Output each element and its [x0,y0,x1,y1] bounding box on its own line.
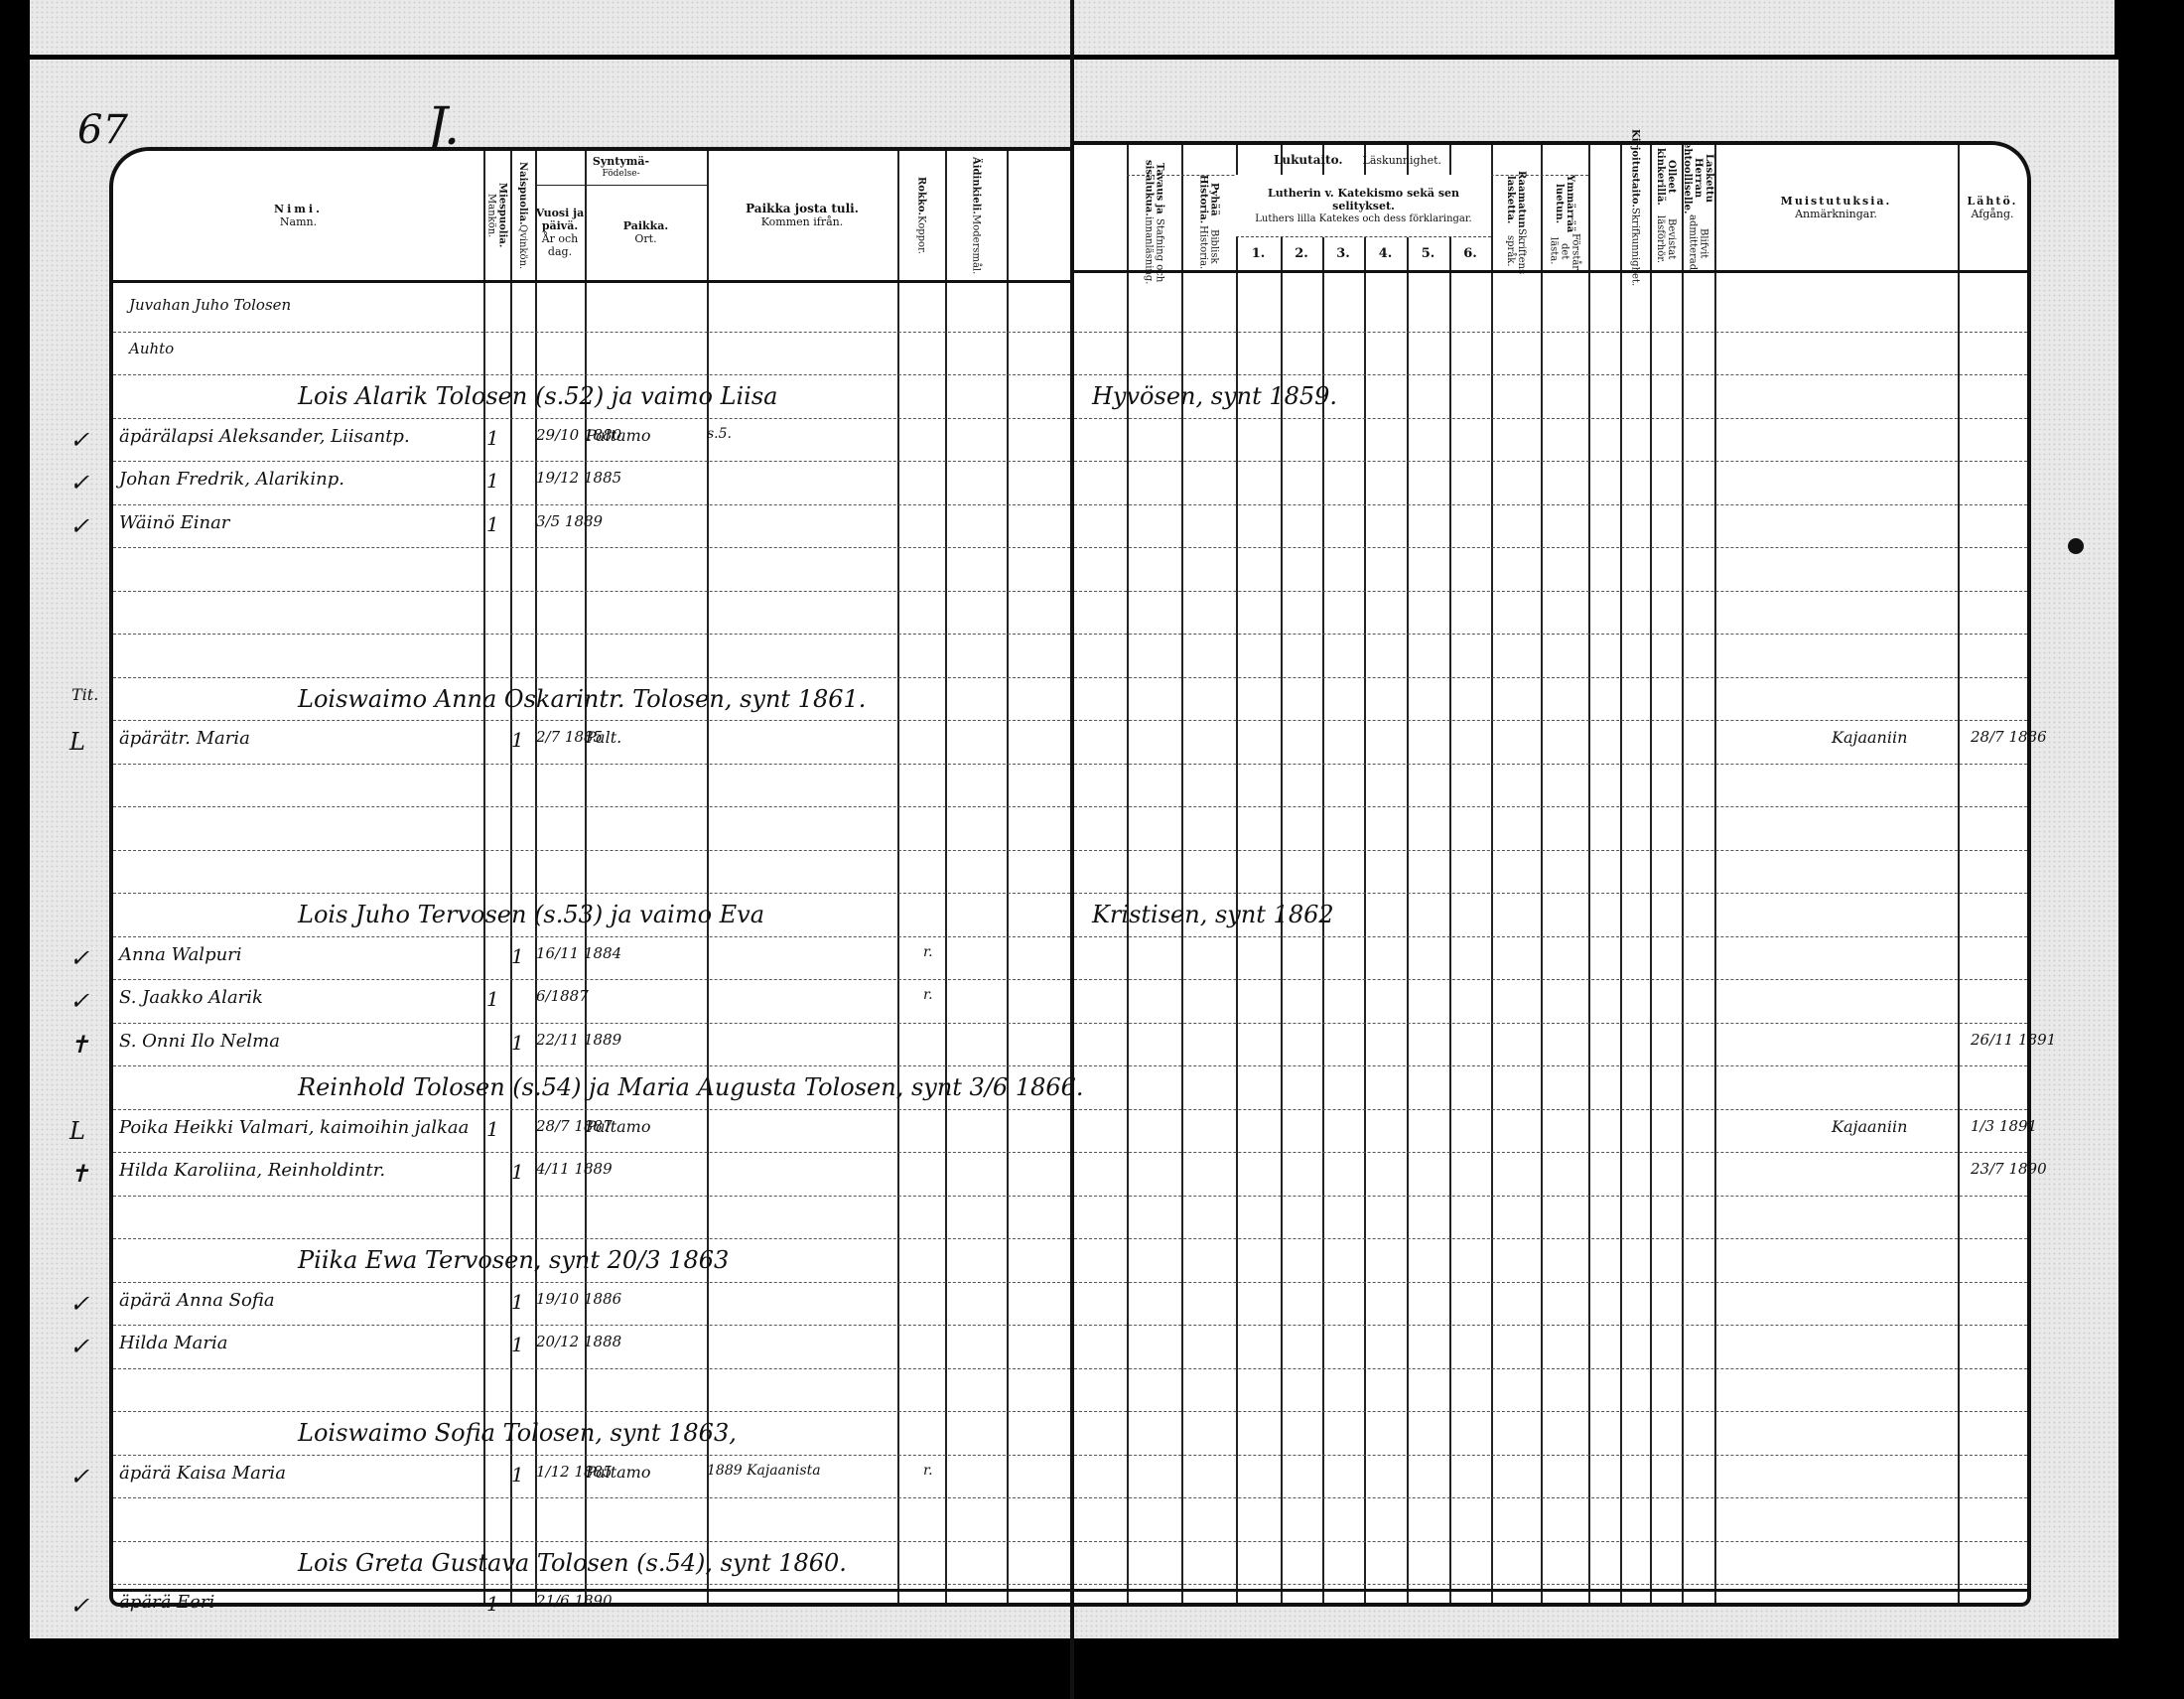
header-catechism-col-3: 3. [1322,236,1364,270]
header-remarks: Muistutuksia. Anmärkningar. [1714,145,1958,270]
ruled-line [113,1497,1070,1498]
birth-place: Palt. [586,728,621,747]
household-head-entry: Loiswaimo Anna Oskarintr. Tolosen, synt … [298,685,866,713]
header-departure: Lähtö. Afgång. [1958,145,2027,270]
ruled-line [113,461,1070,462]
household-head-entry: Lois Greta Gustava Tolosen (s.54), synt … [298,1549,847,1577]
birth-date: 19/10 1886 [536,1290,621,1308]
ruled-line [113,1325,1070,1326]
ruled-line [1074,591,2027,592]
ruled-line [113,1455,1070,1456]
ruled-line [113,1065,1070,1066]
household-head-entry: Loiswaimo Sofia Tolosen, synt 1863, [298,1419,737,1447]
page-number: 67 [77,107,128,153]
ruled-line [1074,634,2027,635]
ruled-line [1074,677,2027,678]
departure-date: 28/7 1886 [1971,728,2047,746]
header-communion: Laskettu Herran ehtoolliselle. Blifvit a… [1682,145,1714,270]
person-name: S. Jaakko Alarik [119,987,263,1008]
header-catechism: Lutherin v. Katekismo sekä sen selitykse… [1236,175,1491,237]
ruled-line [1074,332,2027,333]
margin-note: Tit. [71,685,98,704]
ruled-line [113,634,1070,635]
birth-place: Paltamo [586,1117,650,1136]
ruled-line [1074,504,2027,505]
ruled-line [1074,1109,2027,1110]
departure-date: 23/7 1890 [1971,1160,2047,1178]
ruled-line [113,547,1070,548]
ruled-line [1074,1584,2027,1585]
birth-date: 6/1887 [536,987,589,1005]
header-scripture: Raamatun lasketta. Skriftens språk. [1491,175,1541,270]
margin-check-mark: ✓ [69,1592,89,1620]
person-name: S. Onni Ilo Nelma [119,1031,280,1052]
ruled-line [113,979,1070,980]
birth-place: Paltamo [586,1463,650,1482]
ruled-line [1074,850,2027,851]
header-came-from: Paikka josta tuli. Kommen ifrån. [707,151,897,280]
header-name: Nimi. Namn. [113,151,483,280]
ruled-line [113,1584,1070,1585]
person-name: Anna Walpuri [119,944,242,965]
ruled-line [1074,1023,2027,1024]
ruled-line [113,374,1070,375]
header-catechism-col-4: 4. [1364,236,1407,270]
ruled-line [1074,1152,2027,1153]
birth-date: 22/11 1889 [536,1031,621,1049]
spine-dot [2068,538,2084,554]
ruled-line [113,1368,1070,1369]
ruled-line [1074,461,2027,462]
margin-check-mark: L [69,728,85,756]
header-spelling: Tavaus ja sisälukua. Stafning och innanl… [1127,175,1181,270]
male-count: 1 [486,469,499,493]
margin-check-mark: ✝ [69,1031,89,1059]
header-female: Naispuolia. Qvinkön. [510,151,535,280]
margin-check-mark: ✓ [69,1463,89,1490]
female-count: 1 [511,944,524,968]
header-catechism-col-2: 2. [1281,236,1322,270]
birth-place: Paltamo [586,426,650,445]
male-count: 1 [486,1117,499,1141]
ruled-line [113,591,1070,592]
header-name-sv: Namn. [280,215,317,228]
remark: Kajaaniin [1832,1117,1907,1136]
pox-mark: r. [923,944,933,960]
ruled-line [1074,1065,2027,1066]
ruled-line [1074,418,2027,419]
person-name: äpärä Eeri [119,1592,214,1613]
ruled-line [113,504,1070,505]
margin-check-mark: ✓ [69,987,89,1015]
departure-date: 1/3 1891 [1971,1117,2037,1135]
ruled-line [113,1196,1070,1197]
ruled-line [113,806,1070,807]
ruled-line [113,677,1070,678]
ruled-line [1074,1368,2027,1369]
margin-check-mark: ✓ [69,1290,89,1318]
ruled-line [1074,547,2027,548]
ruled-line [113,936,1070,937]
margin-check-mark: ✓ [69,512,89,540]
ruled-line [113,1023,1070,1024]
household-head-entry: Lois Alarik Tolosen (s.52) ja vaimo Liis… [298,382,777,410]
margin-check-mark: ✝ [69,1160,89,1188]
header-catechism-col-1: 1. [1236,236,1281,270]
ruled-line [1074,979,2027,980]
person-name: Hilda Maria [119,1333,227,1353]
came-from: s.5. [707,426,732,442]
header-birth-date: Vuosi ja päivä. År och dag. [535,185,585,280]
female-count: 1 [511,728,524,752]
margin-check-mark: ✓ [69,1333,89,1360]
ruled-line [113,720,1070,721]
ruled-line [1074,1325,2027,1326]
ruled-line [1074,1238,2027,1239]
ruled-line [113,418,1070,419]
ruled-line [1074,720,2027,721]
header-catechetical: Olleet kinkerillä. Bevistat läsförhör. [1650,145,1682,270]
ruled-line [113,1109,1070,1110]
ruled-line [1074,1411,2027,1412]
margin-check-mark: ✓ [69,426,89,454]
ruled-line [113,893,1070,894]
ruled-line [1074,1196,2027,1197]
ruled-line [113,1152,1070,1153]
ruled-line [1074,936,2027,937]
male-count: 1 [486,512,499,536]
ruled-line [113,850,1070,851]
right-register-table: Lukutaito. Läskunnighet. Tavaus ja sisäl… [1074,141,2031,1607]
ruled-line [113,332,1070,333]
margin-check-mark: ✓ [69,944,89,972]
birth-date: 4/11 1889 [536,1160,613,1178]
header-language: Äidinkieli. Modersmål. [945,151,1007,280]
header-bible-history: Pyhää Historia. Biblisk Historia. [1181,175,1236,270]
ruled-line [113,764,1070,765]
person-name: äpärä Kaisa Maria [119,1463,286,1484]
header-catechism-col-6: 6. [1449,236,1491,270]
household-head-entry: Reinhold Tolosen (s.54) ja Maria Augusta… [298,1073,1084,1101]
household-head-continued: Hyvösen, synt 1859. [1092,382,1337,410]
header-birth: Syntymä- Födelse- [535,151,707,186]
ruled-line [1074,893,2027,894]
female-count: 1 [511,1031,524,1055]
person-name: äpärä Anna Sofia [119,1290,275,1311]
birth-date: 20/12 1888 [536,1333,621,1350]
male-count: 1 [486,987,499,1011]
household-head-entry: Piika Ewa Tervosen, synt 20/3 1863 [298,1246,729,1274]
ruled-line [1074,1497,2027,1498]
female-count: 1 [511,1290,524,1314]
female-count: 1 [511,1333,524,1356]
ruled-line [1074,374,2027,375]
person-name: äpärälapsi Aleksander, Liisantp. [119,426,410,447]
birth-date: 21/6 1890 [536,1592,613,1610]
pox-mark: r. [923,1463,933,1479]
header-writing: Kirjoitustaito. Skrifkunnighet. [1620,145,1650,270]
crossed-entry: Auhto [129,340,174,357]
ruled-line [1074,1282,2027,1283]
birth-date: 19/12 1885 [536,469,621,487]
household-head-continued: Kristisen, synt 1862 [1092,901,1334,928]
household-head-entry: Lois Juho Tervosen (s.53) ja vaimo Eva [298,901,764,928]
margin-check-mark: ✓ [69,469,89,496]
female-count: 1 [511,1160,524,1184]
person-name: Poika Heikki Valmari, kaimoihin jalkaa [119,1117,469,1138]
person-name: Hilda Karoliina, Reinholdintr. [119,1160,385,1181]
header-pox: Rokko. Koppor. [897,151,945,280]
crossed-entry: Juvahan Juho Tolosen [129,296,291,314]
came-from: 1889 Kajaanista [707,1463,821,1479]
pox-mark: r. [923,987,933,1003]
ruled-line [1074,1541,2027,1542]
header-name-fi: Nimi. [274,203,323,215]
header-male: Miespuolia. Mankön. [483,151,510,280]
male-count: 1 [486,426,499,450]
person-name: Johan Fredrik, Alarikinp. [119,469,344,490]
ruled-line [1074,806,2027,807]
departure-date: 26/11 1891 [1971,1031,2056,1049]
person-name: Wäinö Einar [119,512,229,533]
male-count: 1 [486,1592,499,1616]
birth-date: 16/11 1884 [536,944,621,962]
ruled-line [1074,1455,2027,1456]
header-birth-place: Paikka. Ort. [585,185,707,280]
person-name: äpärätr. Maria [119,728,250,749]
remark: Kajaaniin [1832,728,1907,747]
header-catechism-col-5: 5. [1407,236,1449,270]
left-register-table: Nimi. Namn. Miespuolia. Mankön. Naispuol… [109,147,1070,1607]
birth-date: 3/5 1889 [536,512,603,530]
header-understanding: Ymmärrää luetun. Förstår det lästa. [1541,175,1588,270]
ruled-line [113,1411,1070,1412]
ruled-line [113,1238,1070,1239]
ruled-line [113,1282,1070,1283]
female-count: 1 [511,1463,524,1487]
ruled-line [1074,764,2027,765]
margin-check-mark: L [69,1117,85,1145]
ruled-line [113,1541,1070,1542]
